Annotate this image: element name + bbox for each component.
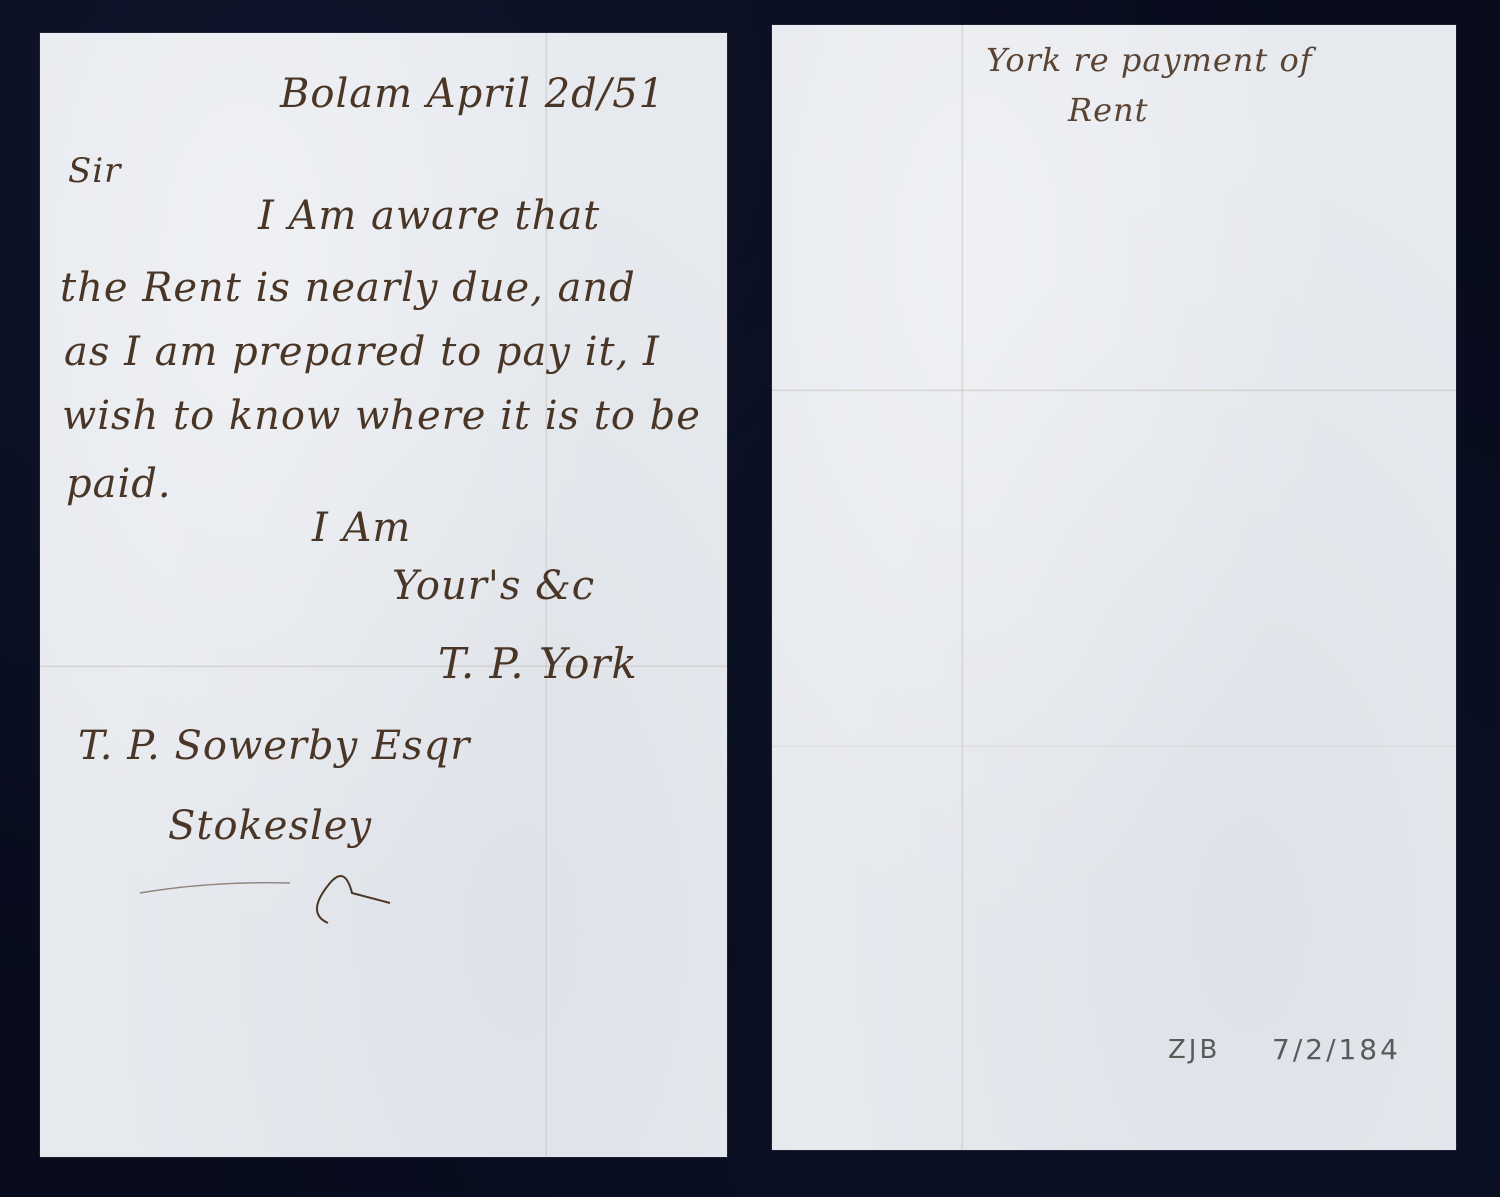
- body-line-5: paid.: [66, 461, 172, 507]
- closing-yours: Your's &c: [392, 563, 595, 609]
- archive-item-number: 7/2/184: [1272, 1033, 1401, 1066]
- docket-line-1: York re payment of: [986, 41, 1313, 79]
- fold-line-vertical: [961, 25, 964, 1150]
- salutation: Sir: [68, 151, 121, 191]
- closing-i-am: I Am: [312, 505, 411, 551]
- archive-collection-code: ZJB: [1168, 1035, 1220, 1065]
- body-line-1: I Am aware that: [258, 193, 600, 239]
- body-line-4: wish to know where it is to be: [62, 393, 701, 439]
- fold-line-horizontal: [772, 389, 1456, 392]
- signature: T. P. York: [438, 639, 638, 688]
- flourish-underline-icon: [130, 853, 430, 933]
- docket-line-2: Rent: [1068, 91, 1149, 129]
- fold-line-horizontal-lower: [772, 745, 1456, 748]
- body-line-2: the Rent is nearly due, and: [60, 265, 636, 311]
- body-line-3: as I am prepared to pay it, I: [64, 329, 660, 375]
- letter-page-front: Bolam April 2d/51 Sir I Am aware that th…: [40, 33, 727, 1157]
- addressee-name: T. P. Sowerby Esqr: [78, 723, 470, 769]
- addressee-place: Stokesley: [168, 803, 372, 849]
- letter-page-back: York re payment of Rent ZJB 7/2/184: [772, 25, 1456, 1150]
- dateline: Bolam April 2d/51: [280, 71, 665, 117]
